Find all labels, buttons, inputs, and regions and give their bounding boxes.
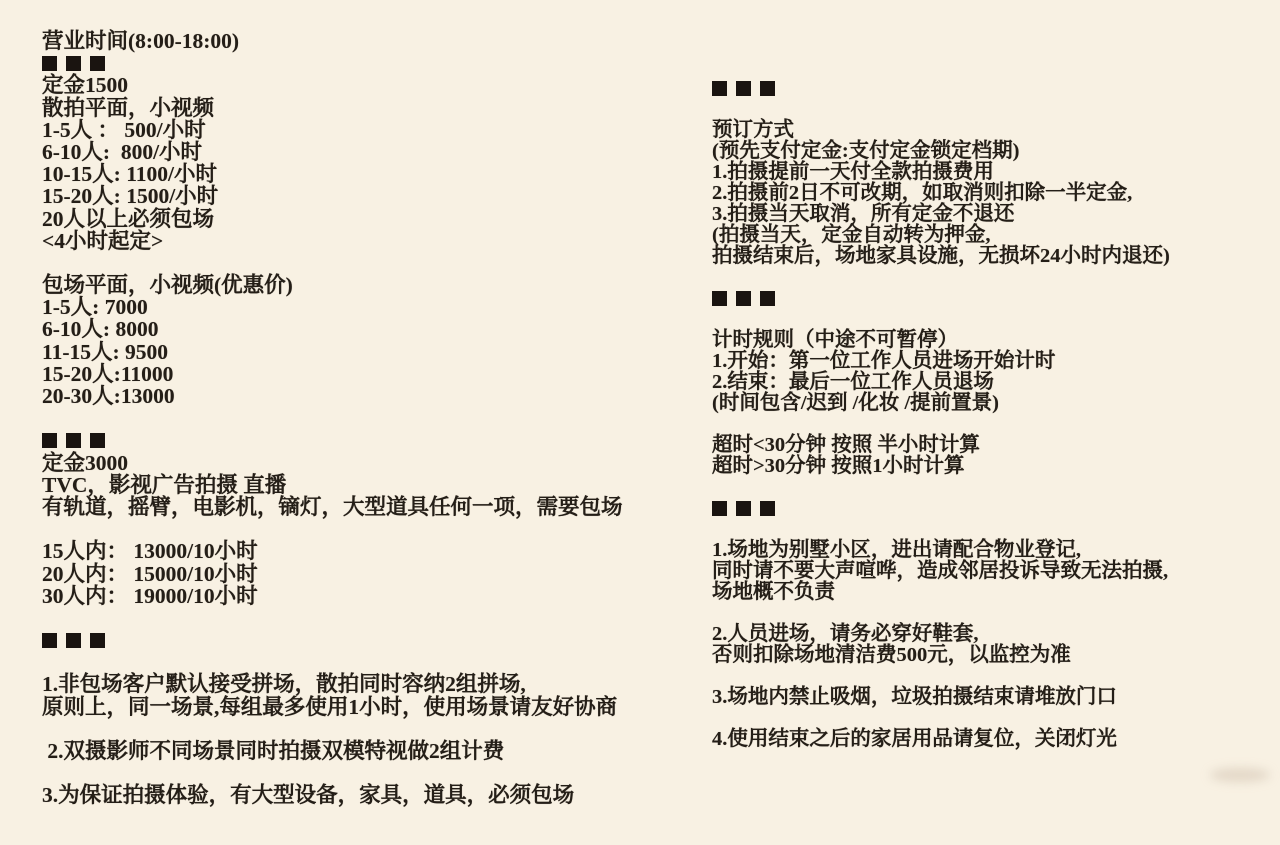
square-bullet-icon xyxy=(760,501,775,516)
text-line: 场地概不负责 xyxy=(712,582,1170,603)
square-bullet-icon xyxy=(66,56,81,71)
blank-line xyxy=(712,99,1170,120)
right-column: 预订方式(预先支付定金:支付定金锁定档期)1.拍摄提前一天付全款拍摄费用2.拍摄… xyxy=(712,78,1170,750)
section-divider xyxy=(42,629,623,651)
text-line: 11-15人: 9500 xyxy=(42,341,623,363)
text-line: TVC，影视广告拍摄 直播 xyxy=(42,474,623,496)
square-bullet-icon xyxy=(90,433,105,448)
text-line: 1.非包场客户默认接受拼场，散拍同时容纳2组拼场, xyxy=(42,673,623,695)
text-line: 1.拍摄提前一天付全款拍摄费用 xyxy=(712,162,1170,183)
text-line: 计时规则（中途不可暂停） xyxy=(712,330,1170,351)
text-line: 超时>30分钟 按照1小时计算 xyxy=(712,456,1170,477)
blank-line xyxy=(42,762,623,784)
text-line: 20人以上必须包场 xyxy=(42,208,623,230)
text-line: 包场平面，小视频(优惠价) xyxy=(42,274,623,296)
square-bullet-icon xyxy=(42,633,57,648)
text-line: 同时请不要大声喧哗，造成邻居投诉导致无法拍摄, xyxy=(712,561,1170,582)
text-line: 1.场地为别墅小区，进出请配合物业登记, xyxy=(712,540,1170,561)
text-line: 6-10人: 800/小时 xyxy=(42,141,623,163)
blank-line xyxy=(712,603,1170,624)
square-bullet-icon xyxy=(736,501,751,516)
blank-line xyxy=(712,519,1170,540)
text-line: 原则上，同一场景,每组最多使用1小时，使用场景请友好协商 xyxy=(42,696,623,718)
blank-line xyxy=(42,407,623,429)
text-line: 20-30人:13000 xyxy=(42,385,623,407)
text-line: 2.人员进场，请务必穿好鞋套, xyxy=(712,624,1170,645)
text-line: 15人内： 13000/10小时 xyxy=(42,540,623,562)
blank-line xyxy=(42,252,623,274)
text-line: 4.使用结束之后的家居用品请复位，关闭灯光 xyxy=(712,729,1170,750)
studio-pricing-notice: 营业时间(8:00-18:00)定金1500散拍平面，小视频1-5人 ： 500… xyxy=(0,0,1280,845)
text-line: 定金1500 xyxy=(42,74,623,96)
blank-line xyxy=(712,414,1170,435)
square-bullet-icon xyxy=(90,633,105,648)
blank-line xyxy=(42,518,623,540)
square-bullet-icon xyxy=(736,291,751,306)
square-bullet-icon xyxy=(712,291,727,306)
square-bullet-icon xyxy=(42,56,57,71)
text-line: 否则扣除场地清洁费500元，以监控为准 xyxy=(712,645,1170,666)
square-bullet-icon xyxy=(712,81,727,96)
text-line: 1-5人: 7000 xyxy=(42,296,623,318)
text-line: 2.双摄影师不同场景同时拍摄双模特视做2组计费 xyxy=(42,740,623,762)
text-line: 10-15人: 1100/小时 xyxy=(42,163,623,185)
section-divider xyxy=(712,78,1170,99)
square-bullet-icon xyxy=(42,433,57,448)
section-divider xyxy=(42,429,623,451)
text-line: 2.拍摄前2日不可改期，如取消则扣除一半定金, xyxy=(712,183,1170,204)
text-line: 有轨道，摇臂，电影机，镝灯，大型道具任何一项，需要包场 xyxy=(42,496,623,518)
blank-line xyxy=(712,666,1170,687)
text-line: (时间包含/迟到 /化妆 /提前置景) xyxy=(712,393,1170,414)
text-line: 1-5人 ： 500/小时 xyxy=(42,119,623,141)
left-column: 营业时间(8:00-18:00)定金1500散拍平面，小视频1-5人 ： 500… xyxy=(42,30,623,807)
text-line: 定金3000 xyxy=(42,452,623,474)
text-line: 营业时间(8:00-18:00) xyxy=(42,30,623,52)
text-line: 30人内： 19000/10小时 xyxy=(42,585,623,607)
section-divider xyxy=(712,498,1170,519)
blank-line xyxy=(712,477,1170,498)
blank-line xyxy=(42,651,623,673)
text-line: 3.为保证拍摄体验，有大型设备，家具，道具，必须包场 xyxy=(42,784,623,806)
blank-line xyxy=(42,607,623,629)
square-bullet-icon xyxy=(90,56,105,71)
square-bullet-icon xyxy=(66,433,81,448)
text-line: (拍摄当天，定金自动转为押金, xyxy=(712,225,1170,246)
text-line: 散拍平面，小视频 xyxy=(42,97,623,119)
text-line: 6-10人: 8000 xyxy=(42,318,623,340)
section-divider xyxy=(712,288,1170,309)
text-line: 15-20人: 1500/小时 xyxy=(42,185,623,207)
text-line: 2.结束：最后一位工作人员退场 xyxy=(712,372,1170,393)
text-line: <4小时起定> xyxy=(42,230,623,252)
text-line: (预先支付定金:支付定金锁定档期) xyxy=(712,141,1170,162)
blank-line xyxy=(712,708,1170,729)
blank-line xyxy=(712,267,1170,288)
text-line: 3.拍摄当天取消，所有定金不退还 xyxy=(712,204,1170,225)
text-line: 1.开始：第一位工作人员进场开始计时 xyxy=(712,351,1170,372)
section-divider xyxy=(42,52,623,74)
text-line: 20人内： 15000/10小时 xyxy=(42,563,623,585)
square-bullet-icon xyxy=(66,633,81,648)
text-line: 超时<30分钟 按照 半小时计算 xyxy=(712,435,1170,456)
text-line: 预订方式 xyxy=(712,120,1170,141)
square-bullet-icon xyxy=(760,291,775,306)
text-line: 15-20人:11000 xyxy=(42,363,623,385)
blank-line xyxy=(712,309,1170,330)
square-bullet-icon xyxy=(736,81,751,96)
blank-line xyxy=(42,718,623,740)
square-bullet-icon xyxy=(712,501,727,516)
paper-smudge xyxy=(1210,768,1270,782)
text-line: 拍摄结束后，场地家具设施，无损坏24小时内退还) xyxy=(712,246,1170,267)
text-line: 3.场地内禁止吸烟，垃圾拍摄结束请堆放门口 xyxy=(712,687,1170,708)
square-bullet-icon xyxy=(760,81,775,96)
